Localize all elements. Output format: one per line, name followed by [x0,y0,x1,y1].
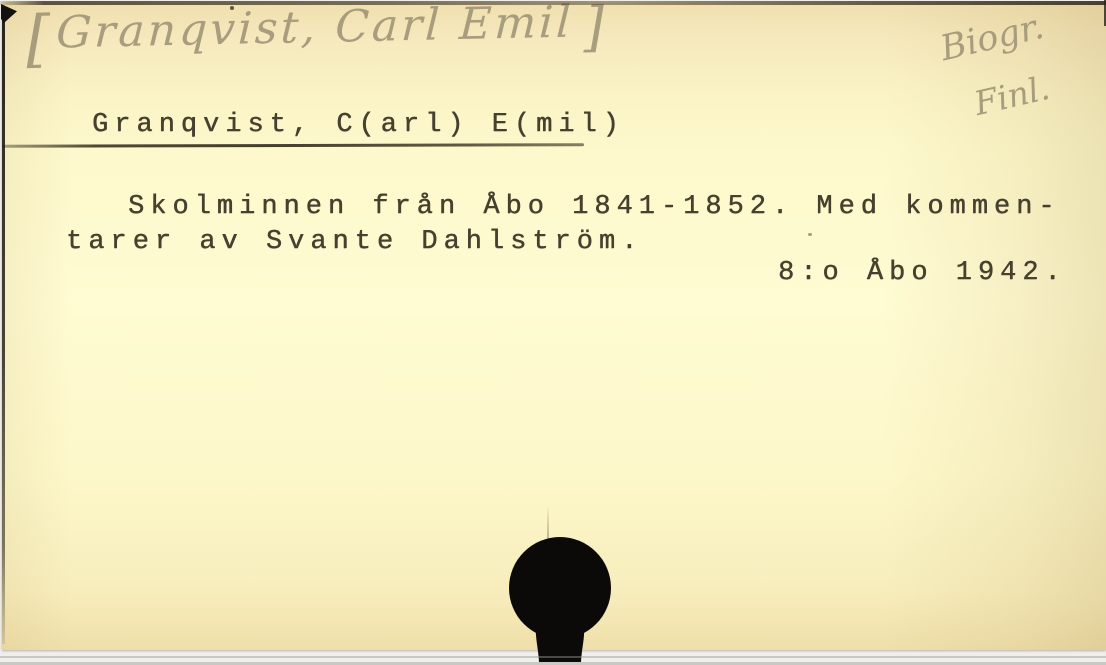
handwritten-open-bracket: [ [25,8,50,70]
title-statement-line2: tarer av Svante Dahlström. [66,226,643,258]
title-statement-line1: Skolminnen från Åbo 1841-1852. Med komme… [128,191,1061,223]
classification-note-line2: Finl. [971,68,1054,123]
heading-underline [2,143,584,148]
catalog-card: [ Granqvist, Carl Emil ] Biogr. Finl. Gr… [2,2,1106,650]
ink-speck [808,233,812,236]
punch-hole [495,527,625,665]
classification-note-line1: Biogr. [937,7,1048,69]
scan-bottom-line [0,656,1106,658]
handwritten-name-note: [ Granqvist, Carl Emil ] [25,0,605,70]
main-entry-heading: Granqvist, C(arl) E(mil) [92,109,625,141]
handwritten-close-bracket: ] [577,0,605,55]
handwritten-name: Granqvist, Carl Emil [49,0,579,65]
scan-left-edge [2,8,5,644]
imprint: 8:o Åbo 1942. [778,257,1067,289]
edge-speck [230,6,234,10]
scan-top-edge [0,1,1106,5]
scan-background: [ Granqvist, Carl Emil ] Biogr. Finl. Gr… [0,0,1106,665]
